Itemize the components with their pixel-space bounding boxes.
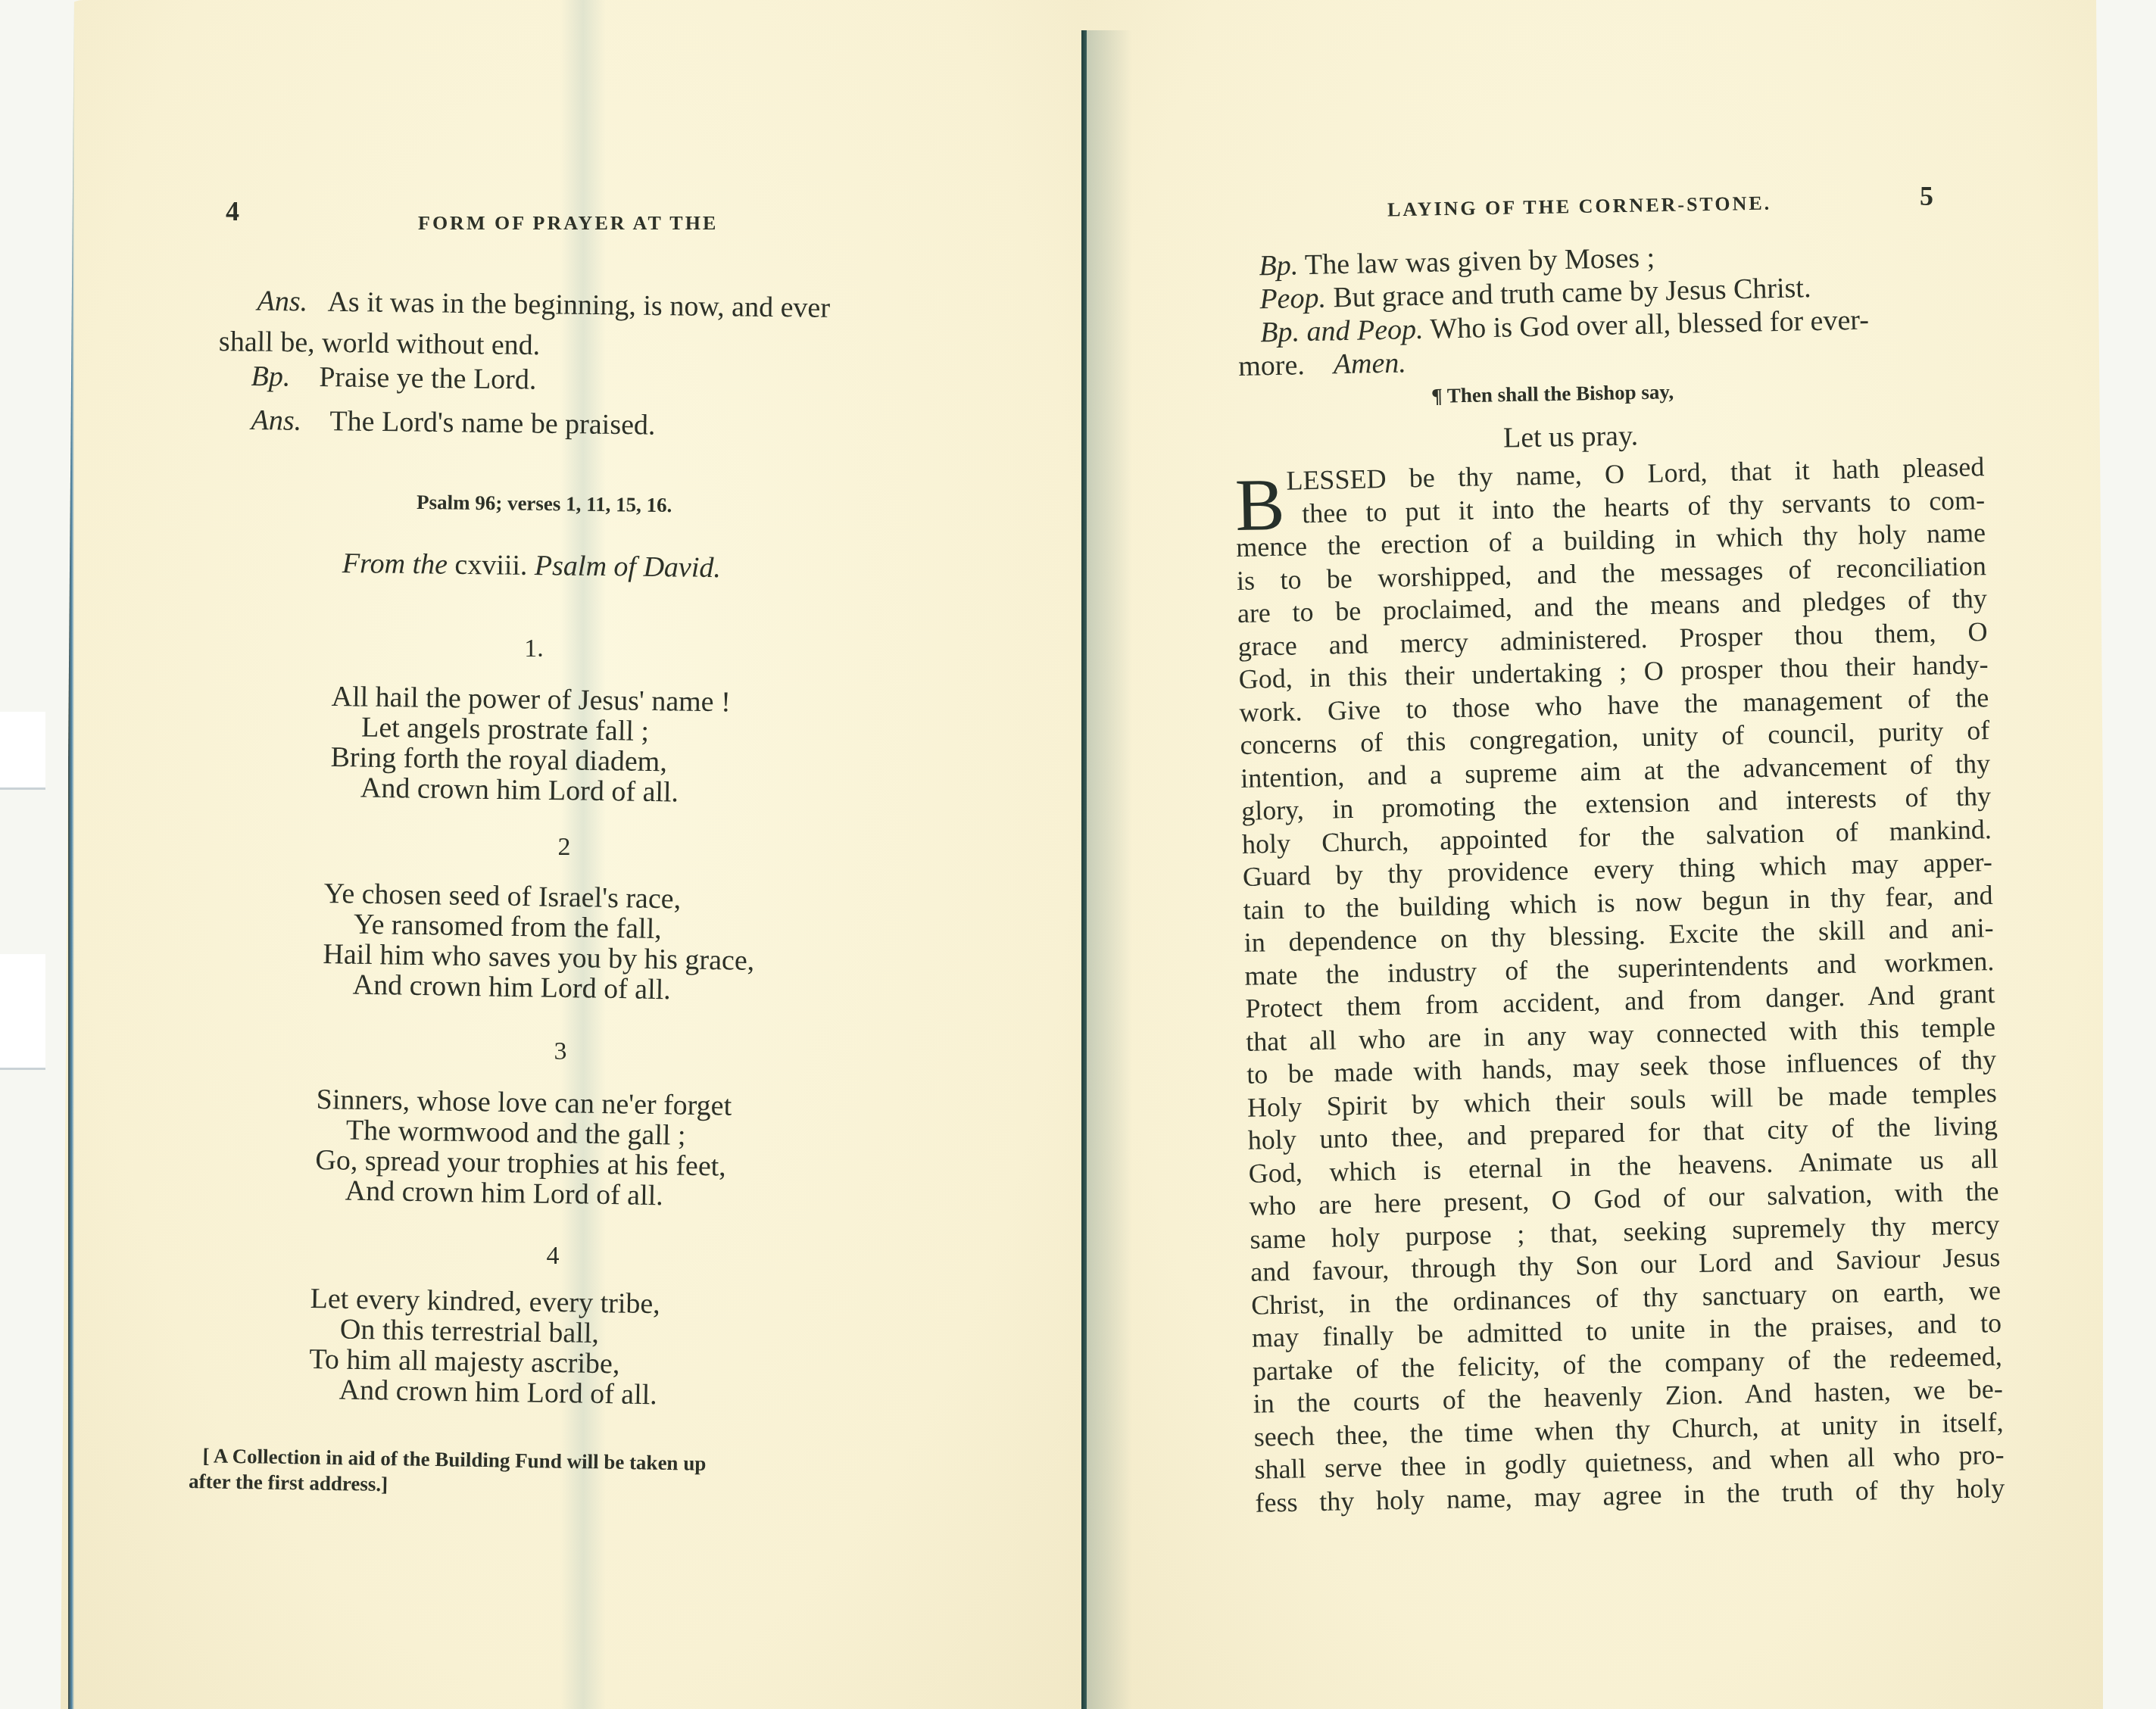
page-number-left: 4 (226, 195, 239, 227)
verse-3: Sinners, whose love can ne'er forget The… (314, 1084, 732, 1212)
verse-number: 3 (530, 1037, 591, 1066)
verse-1: All hail the power of Jesus' name ! Let … (330, 681, 731, 808)
running-head-left: FORM OF PRAYER AT THE (418, 212, 718, 235)
book-gutter (1081, 30, 1087, 1709)
verse-2: Ye chosen seed of Israel's race, Ye rans… (322, 878, 755, 1006)
scanner-tab (0, 712, 45, 790)
verse-4: Let every kindred, every tribe, On this … (308, 1283, 660, 1410)
hymn-title: From the cxviii. Psalm of David. (342, 547, 721, 585)
psalm-reference: Psalm 96; verses 1, 11, 15, 16. (417, 491, 672, 517)
response-text: As it was in the beginning, is now, and … (327, 286, 830, 324)
rubric: ¶ Then shall the Bishop say, (1431, 380, 1674, 408)
scanner-tab (0, 954, 45, 1070)
drop-cap: B (1234, 471, 1285, 540)
speaker-label: Bp. (251, 360, 290, 393)
let-us-pray: Let us pray. (1503, 419, 1639, 454)
collection-note: [ A Collection in aid of the Building Fu… (189, 1442, 707, 1502)
response-text: Praise ye the Lord. (319, 361, 537, 396)
response-3: Ans. The Lord's name be praised. (251, 400, 655, 446)
page-number-right: 5 (1920, 180, 1933, 212)
response-text: The Lord's name be praised. (329, 405, 655, 441)
verse-number: 2 (534, 833, 594, 862)
speaker-label: Ans. (219, 285, 307, 317)
speaker-label: Ans. (251, 404, 301, 437)
response-2: Bp. Praise ye the Lord. (251, 356, 536, 401)
verse-number: 4 (523, 1242, 583, 1271)
collect-text: LESSED be thy name, O Lord, that it hath… (1234, 451, 2005, 1520)
collect-prayer: B LESSED be thy name, O Lord, that it ha… (1234, 451, 2005, 1520)
versicles: Bp. The law was given by Moses ; Peop. B… (1236, 237, 1870, 383)
verse-number: 1. (504, 635, 564, 663)
gutter-shadow (1087, 30, 1132, 1709)
